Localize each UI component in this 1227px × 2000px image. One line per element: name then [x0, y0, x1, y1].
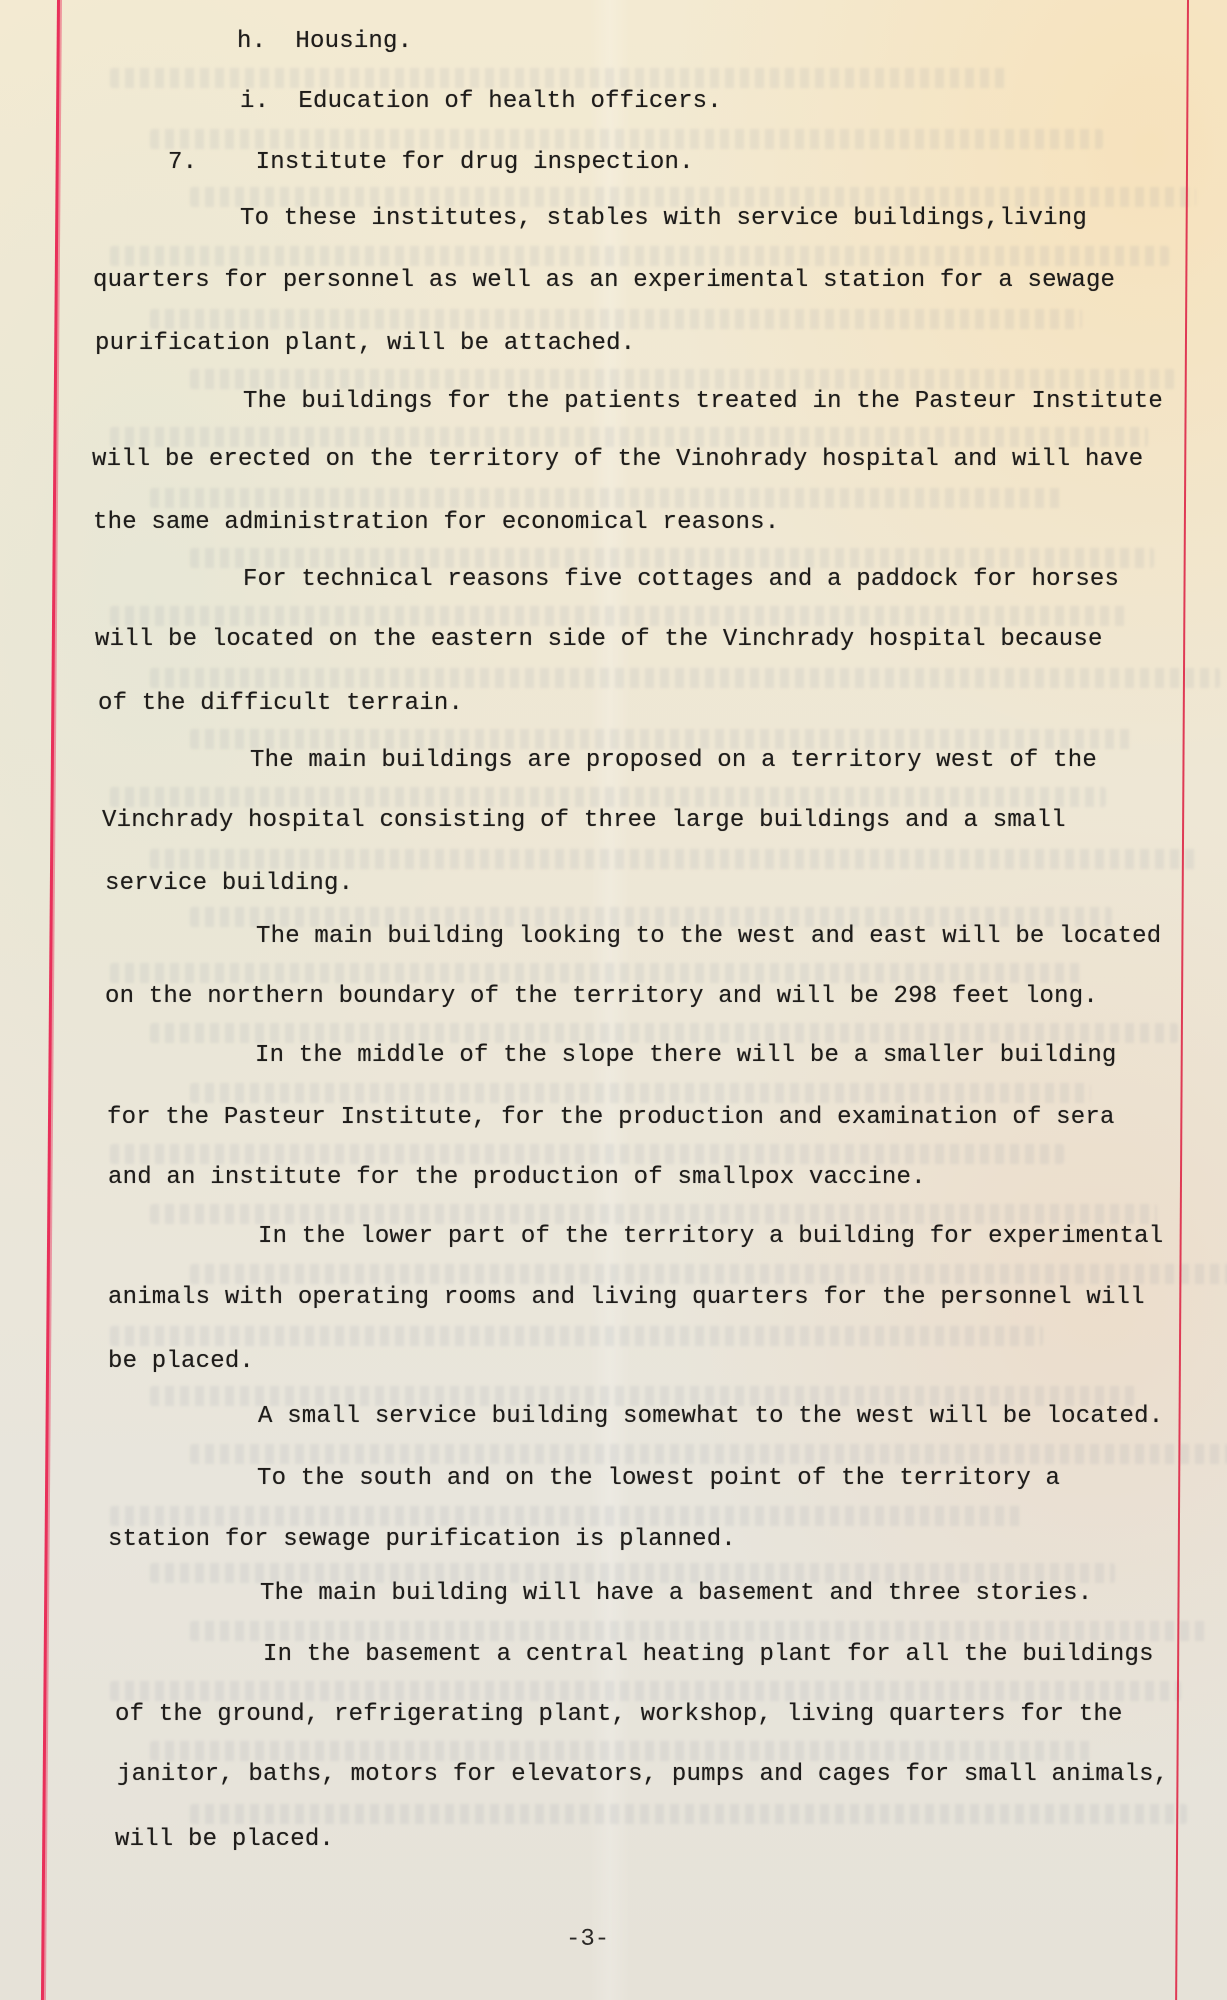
text-line: The main building will have a basement a…	[260, 1580, 1092, 1608]
bleed-through-band	[150, 309, 1082, 329]
text-line: For technical reasons five cottages and …	[243, 566, 1119, 594]
text-line: quarters for personnel as well as an exp…	[93, 267, 1115, 295]
text-line: A small service building somewhat to the…	[258, 1403, 1163, 1431]
bleed-through-band	[110, 1506, 1022, 1526]
bleed-through-band	[150, 129, 1103, 149]
bleed-through-band	[150, 849, 1199, 869]
bleed-through-band	[110, 787, 1106, 807]
bleed-through-band	[150, 668, 1220, 688]
bleed-through-band	[190, 1264, 1227, 1284]
text-line: In the middle of the slope there will be…	[255, 1042, 1117, 1070]
bleed-through-band	[110, 427, 1148, 447]
text-line: Vinchrady hospital consisting of three l…	[102, 807, 1066, 835]
text-line: purification plant, will be attached.	[95, 330, 635, 358]
list-item: i. Education of health officers.	[240, 88, 722, 116]
text-line: on the northern boundary of the territor…	[105, 983, 1098, 1011]
text-line: To the south and on the lowest point of …	[257, 1465, 1060, 1493]
bleed-through-band	[190, 1621, 1208, 1641]
text-line: station for sewage purification is plann…	[108, 1526, 736, 1554]
page-number: -3-	[566, 1926, 609, 1954]
bleed-through-band	[110, 68, 1010, 88]
bleed-through-band	[110, 963, 1085, 983]
bleed-through-band	[110, 606, 1127, 626]
text-line: animals with operating rooms and living …	[108, 1284, 1145, 1312]
text-line: and an institute for the production of s…	[108, 1164, 926, 1192]
text-line: will be placed.	[115, 1826, 334, 1854]
text-line: In the lower part of the territory a bui…	[258, 1223, 1163, 1251]
bleed-through-band	[190, 1804, 1187, 1824]
text-line: janitor, baths, motors for elevators, pu…	[117, 1761, 1168, 1789]
bleed-through-band	[150, 488, 1061, 508]
left-margin-rule	[41, 0, 60, 2000]
text-line: of the ground, refrigerating plant, work…	[115, 1701, 1123, 1729]
list-item: h. Housing.	[237, 28, 412, 56]
text-line: The main buildings are proposed on a ter…	[250, 747, 1097, 775]
bleed-through-band	[190, 1083, 1091, 1103]
text-line: service building.	[105, 870, 353, 898]
text-line: for the Pasteur Institute, for the produ…	[107, 1104, 1115, 1132]
bleed-through-band	[190, 1444, 1227, 1464]
text-line: The buildings for the patients treated i…	[243, 388, 1163, 416]
text-line: will be erected on the territory of the …	[92, 446, 1143, 474]
text-line: be placed.	[108, 1348, 254, 1376]
right-margin-rule	[1175, 0, 1189, 2000]
bleed-through-band	[150, 1204, 1157, 1224]
bleed-through-band	[150, 1023, 1178, 1043]
bleed-through-band	[190, 369, 1175, 389]
bleed-through-band	[150, 1741, 1094, 1761]
text-line: To these institutes, stables with servic…	[240, 205, 1087, 233]
text-line: will be located on the eastern side of t…	[95, 626, 1103, 654]
bleed-through-band	[190, 187, 1196, 207]
text-line: the same administration for economical r…	[93, 509, 779, 537]
bleed-through-band	[190, 729, 1133, 749]
bleed-through-band	[110, 246, 1169, 266]
text-line: The main building looking to the west an…	[256, 923, 1161, 951]
bleed-through-band	[190, 548, 1154, 568]
text-line: In the basement a central heating plant …	[263, 1641, 1154, 1669]
bleed-through-band	[110, 1144, 1064, 1164]
section-heading: 7. Institute for drug inspection.	[168, 149, 694, 177]
text-line: of the difficult terrain.	[98, 690, 463, 718]
bleed-through-band	[110, 1326, 1043, 1346]
bleed-through-band	[110, 1681, 1181, 1701]
